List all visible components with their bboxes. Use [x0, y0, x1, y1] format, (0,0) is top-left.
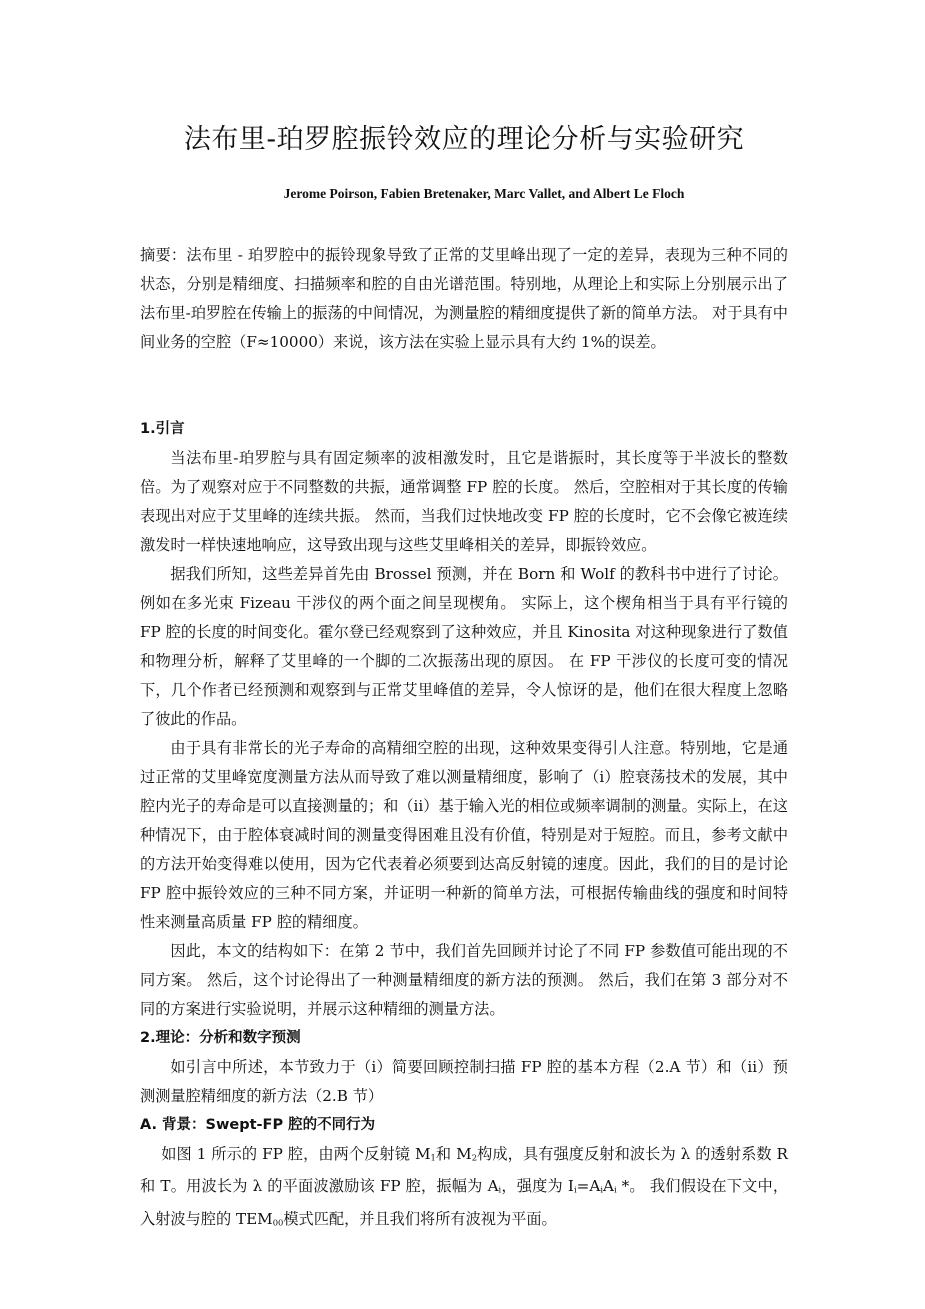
text-run: 和 M [436, 1145, 472, 1163]
subsection-heading: A. 背景：Swept-FP 腔的不同行为 [140, 1111, 788, 1140]
text-run: =A [577, 1177, 601, 1195]
text-run: A [603, 1177, 614, 1195]
paper-title: 法布里-珀罗腔振铃效应的理论分析与实验研究 [140, 117, 788, 156]
subscript: 00 [273, 1217, 284, 1227]
section-heading: 1.引言 [140, 415, 788, 444]
paragraph: 因此，本文的结构如下：在第 2 节中，我们首先回顾并讨论了不同 FP 参数值可能… [140, 937, 788, 1024]
paper-authors: Jerome Poirson, Fabien Bretenaker, Marc … [140, 186, 788, 202]
paragraph: 由于具有非常长的光子寿命的高精细空腔的出现，这种效果变得引人注意。特别地，它是通… [140, 734, 788, 937]
text-run: 如图 1 所示的 FP 腔，由两个反射镜 M [161, 1145, 430, 1163]
section-introduction: 1.引言 当法布里-珀罗腔与具有固定频率的波相激发时，且它是谐振时，其长度等于半… [140, 415, 788, 1237]
text-run: 模式匹配，并且我们将所有波视为平面。 [283, 1210, 556, 1228]
abstract: 摘要：法布里 - 珀罗腔中的振铃现象导致了正常的艾里峰出现了一定的差异，表现为三… [140, 241, 788, 357]
paragraph: 如图 1 所示的 FP 腔，由两个反射镜 M1和 M2构成，具有强度反射和波长为… [140, 1140, 788, 1237]
paragraph: 据我们所知，这些差异首先由 Brossel 预测，并在 Born 和 Wolf … [140, 560, 788, 734]
abstract-text: 摘要：法布里 - 珀罗腔中的振铃现象导致了正常的艾里峰出现了一定的差异，表现为三… [140, 241, 788, 357]
section-heading: 2.理论：分析和数字预测 [140, 1024, 788, 1053]
paragraph: 如引言中所述，本节致力于（i）简要回顾控制扫描 FP 腔的基本方程（2.A 节）… [140, 1053, 788, 1111]
text-run: ，强度为 I [501, 1177, 574, 1195]
paragraph: 当法布里-珀罗腔与具有固定频率的波相激发时，且它是谐振时，其长度等于半波长的整数… [140, 444, 788, 560]
